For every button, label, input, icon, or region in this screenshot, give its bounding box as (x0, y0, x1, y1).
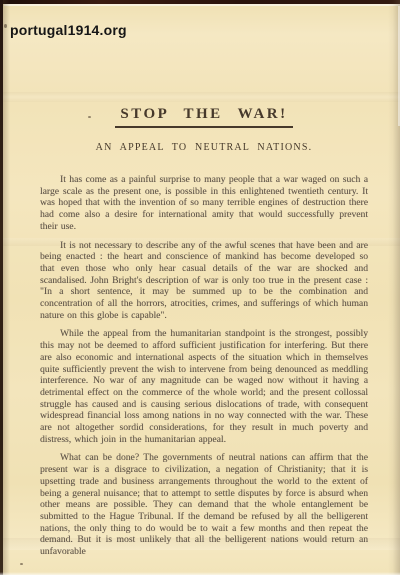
page-title: STOP THE WAR! (40, 106, 368, 128)
ink-speck (20, 563, 23, 565)
page-subtitle: AN APPEAL TO NEUTRAL NATIONS. (40, 142, 368, 153)
scan-edge-left-shadow (3, 0, 10, 575)
scanned-document-page: portugal1914.org STOP THE WAR! AN APPEAL… (0, 0, 400, 575)
scan-edge-top-highlight (4, 4, 400, 6)
document-paragraphs: It has come as a painful surprise to man… (40, 174, 368, 558)
document-body: STOP THE WAR! AN APPEAL TO NEUTRAL NATIO… (40, 106, 368, 565)
page-title-text: STOP THE WAR! (115, 106, 292, 128)
document-paragraph-1: It has come as a painful surprise to man… (40, 174, 368, 233)
ink-speck (4, 24, 7, 28)
watermark: portugal1914.org (10, 22, 127, 38)
document-paragraph-4: What can be done? The governments of neu… (40, 452, 368, 557)
paper-fold-band (0, 92, 400, 102)
document-paragraph-2: It is not necessary to describe any of t… (40, 240, 368, 322)
document-paragraph-3: While the appeal from the humanitarian s… (40, 328, 368, 445)
